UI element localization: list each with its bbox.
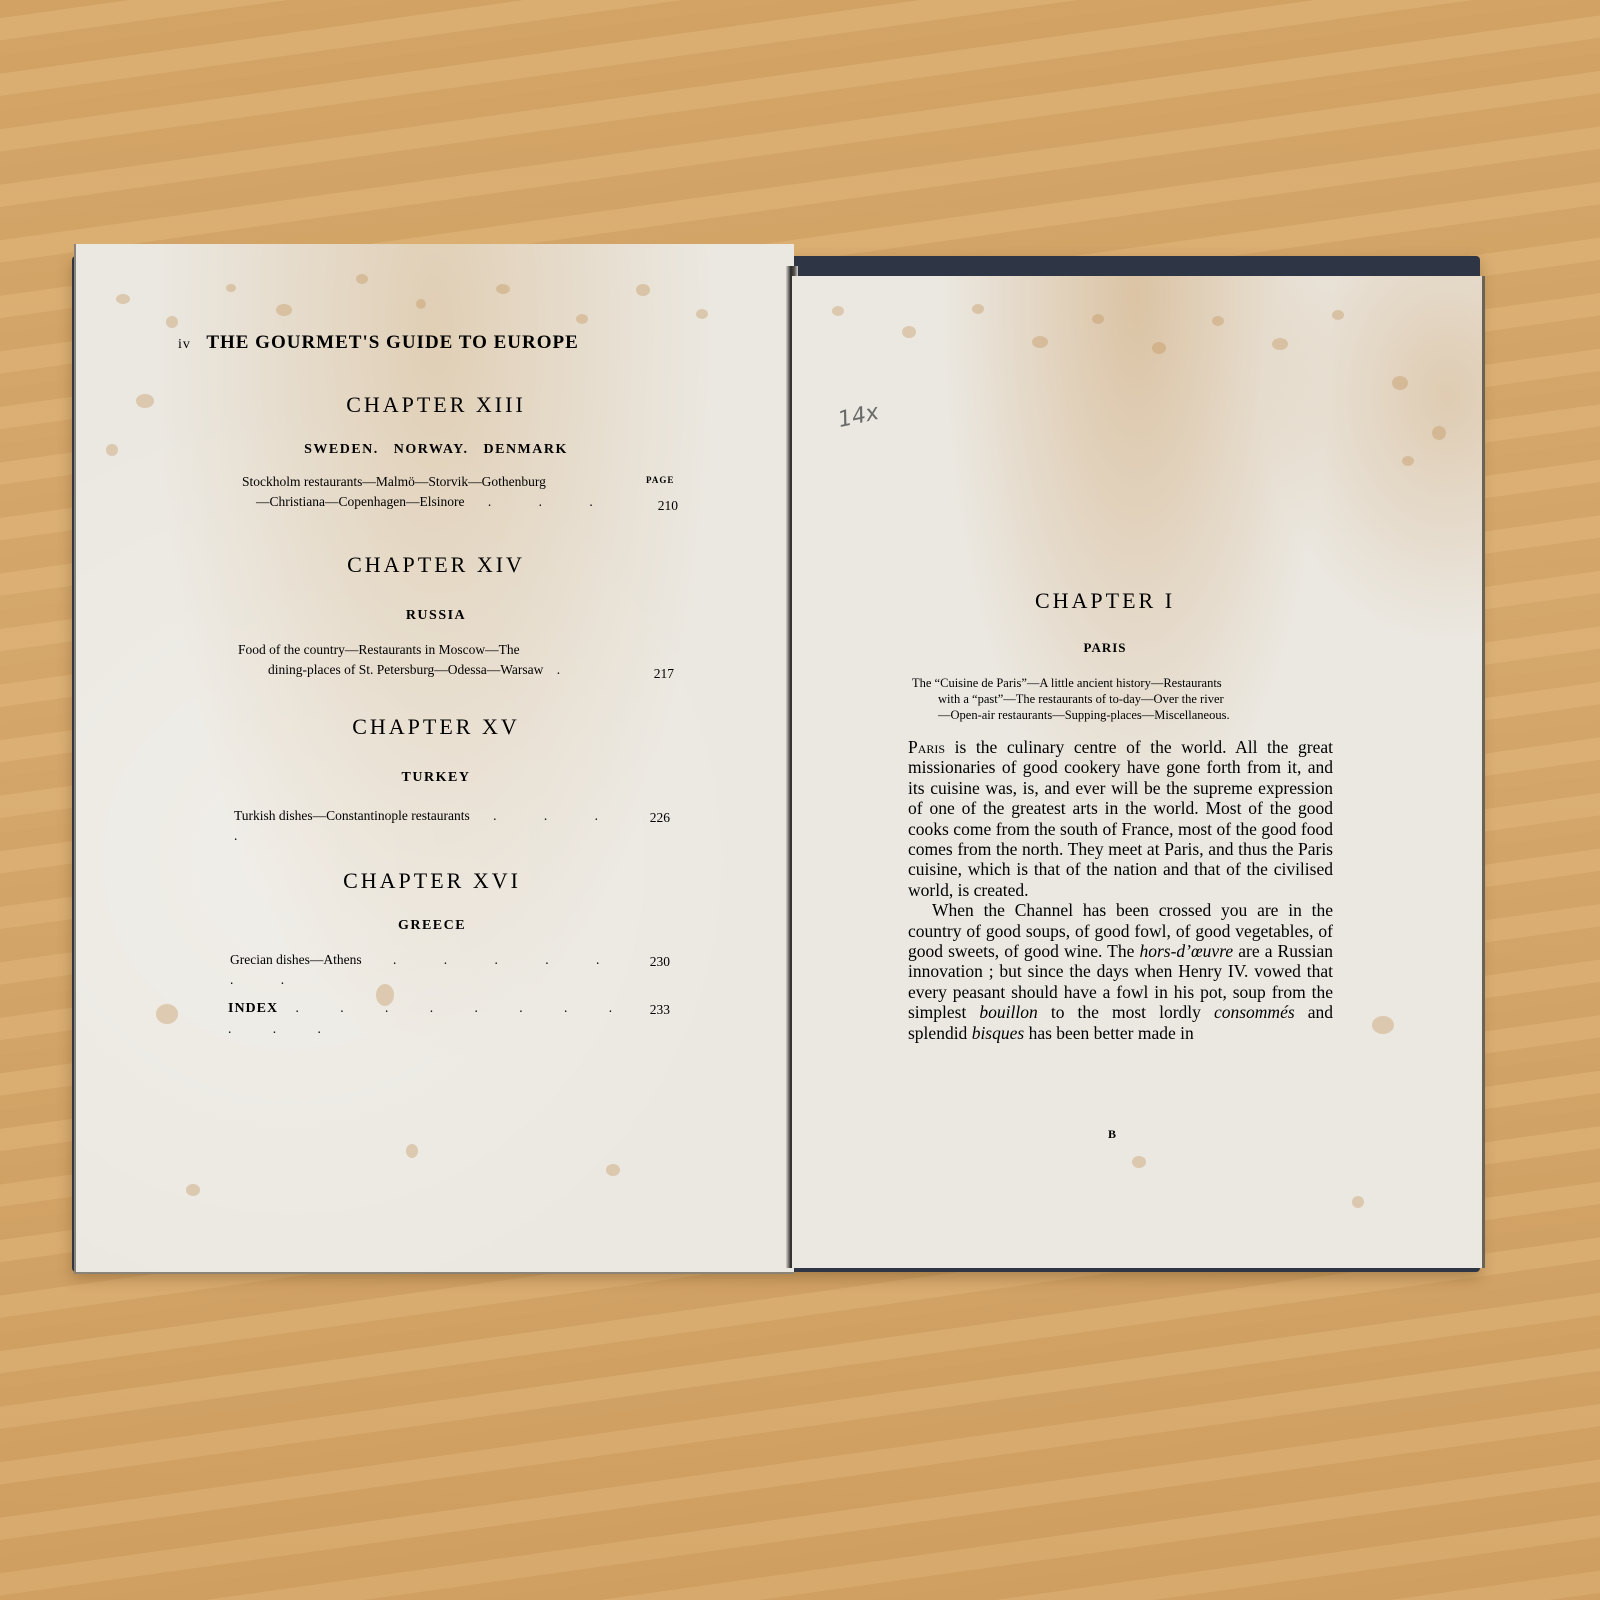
chapter-i-subtitle: PARIS <box>880 640 1330 656</box>
toc-entry-index[interactable]: INDEX . . . . . . . . . . . 233 <box>228 998 670 1020</box>
paragraph-text: is the culinary centre of the world. All… <box>908 737 1333 900</box>
synopsis-line: with a “past”—The restaurants of to-day—… <box>912 691 1342 707</box>
book-title-header: THE GOURMET'S GUIDE TO EUROPE <box>206 332 578 353</box>
synopsis-line: The “Cuisine de Paris”—A little ancient … <box>912 675 1342 691</box>
signature-mark: B <box>1108 1127 1116 1142</box>
page-number: 230 <box>650 952 670 972</box>
paragraph-text: to the most lordly <box>1038 1002 1214 1022</box>
toc-entry-chapter-xiii[interactable]: Stockholm restaurants—Malmö—Storvik—Goth… <box>242 472 678 516</box>
italic-term: bouillon <box>979 1002 1037 1022</box>
chapter-xv-subtitle: TURKEY <box>226 770 646 786</box>
chapter-i-title: CHAPTER I <box>880 588 1330 614</box>
dropword: Paris <box>908 737 945 757</box>
toc-entry-text-continued: dining-places of St. Petersburg—Odessa—W… <box>238 660 674 680</box>
chapter-xiii-subtitle: SWEDEN. NORWAY. DENMARK <box>226 442 646 458</box>
page-folio: iv <box>178 337 191 352</box>
toc-entry-text: Food of the country—Restaurants in Mosco… <box>238 640 674 660</box>
toc-entry-text-line2: —Christiana—Copenhagen—Elsinore <box>256 494 464 509</box>
toc-entry-text: Grecian dishes—Athens <box>230 952 362 967</box>
toc-entry-chapter-xv[interactable]: Turkish dishes—Constantinople restaurant… <box>234 806 670 828</box>
chapter-body-text: Paris is the culinary centre of the worl… <box>908 737 1333 1043</box>
toc-entry-text-line2: dining-places of St. Petersburg—Odessa—W… <box>268 662 543 677</box>
chapter-synopsis: The “Cuisine de Paris”—A little ancient … <box>912 675 1342 723</box>
italic-term: bisques <box>972 1023 1025 1043</box>
running-head: iv THE GOURMET'S GUIDE TO EUROPE <box>178 332 678 354</box>
chapter-xiv-subtitle: RUSSIA <box>226 608 646 624</box>
chapter-xiv-title: CHAPTER XIV <box>226 552 646 578</box>
italic-term: hors-d’œuvre <box>1139 941 1233 961</box>
page-number: 217 <box>654 664 674 684</box>
toc-entry-text: Stockholm restaurants—Malmö—Storvik—Goth… <box>242 472 678 492</box>
paragraph-text: has been better made in <box>1024 1023 1194 1043</box>
chapter-xiii-title: CHAPTER XIII <box>226 392 646 418</box>
dot-leader: . <box>557 662 560 677</box>
paragraph-1: Paris is the culinary centre of the worl… <box>908 737 1333 900</box>
dot-leader: . . . <box>488 494 615 509</box>
page-number: 210 <box>658 496 678 516</box>
paragraph-2: When the Channel has been crossed you ar… <box>908 900 1333 1043</box>
italic-term: consommés <box>1214 1002 1295 1022</box>
chapter-xv-title: CHAPTER XV <box>226 714 646 740</box>
chapter-xvi-title: CHAPTER XVI <box>222 868 642 894</box>
toc-entry-chapter-xvi[interactable]: Grecian dishes—Athens . . . . . . . 230 <box>230 950 670 972</box>
synopsis-line: —Open-air restaurants—Supping-places—Mis… <box>912 707 1342 723</box>
chapter-xvi-subtitle: GREECE <box>222 918 642 934</box>
toc-entry-chapter-xiv[interactable]: Food of the country—Restaurants in Mosco… <box>238 640 674 684</box>
toc-entry-text: Turkish dishes—Constantinople restaurant… <box>234 808 470 823</box>
index-label: INDEX <box>228 1001 278 1016</box>
toc-entry-text-continued: —Christiana—Copenhagen—Elsinore . . . <box>242 492 678 512</box>
page-number: 226 <box>650 808 670 828</box>
page-number: 233 <box>650 1000 670 1020</box>
